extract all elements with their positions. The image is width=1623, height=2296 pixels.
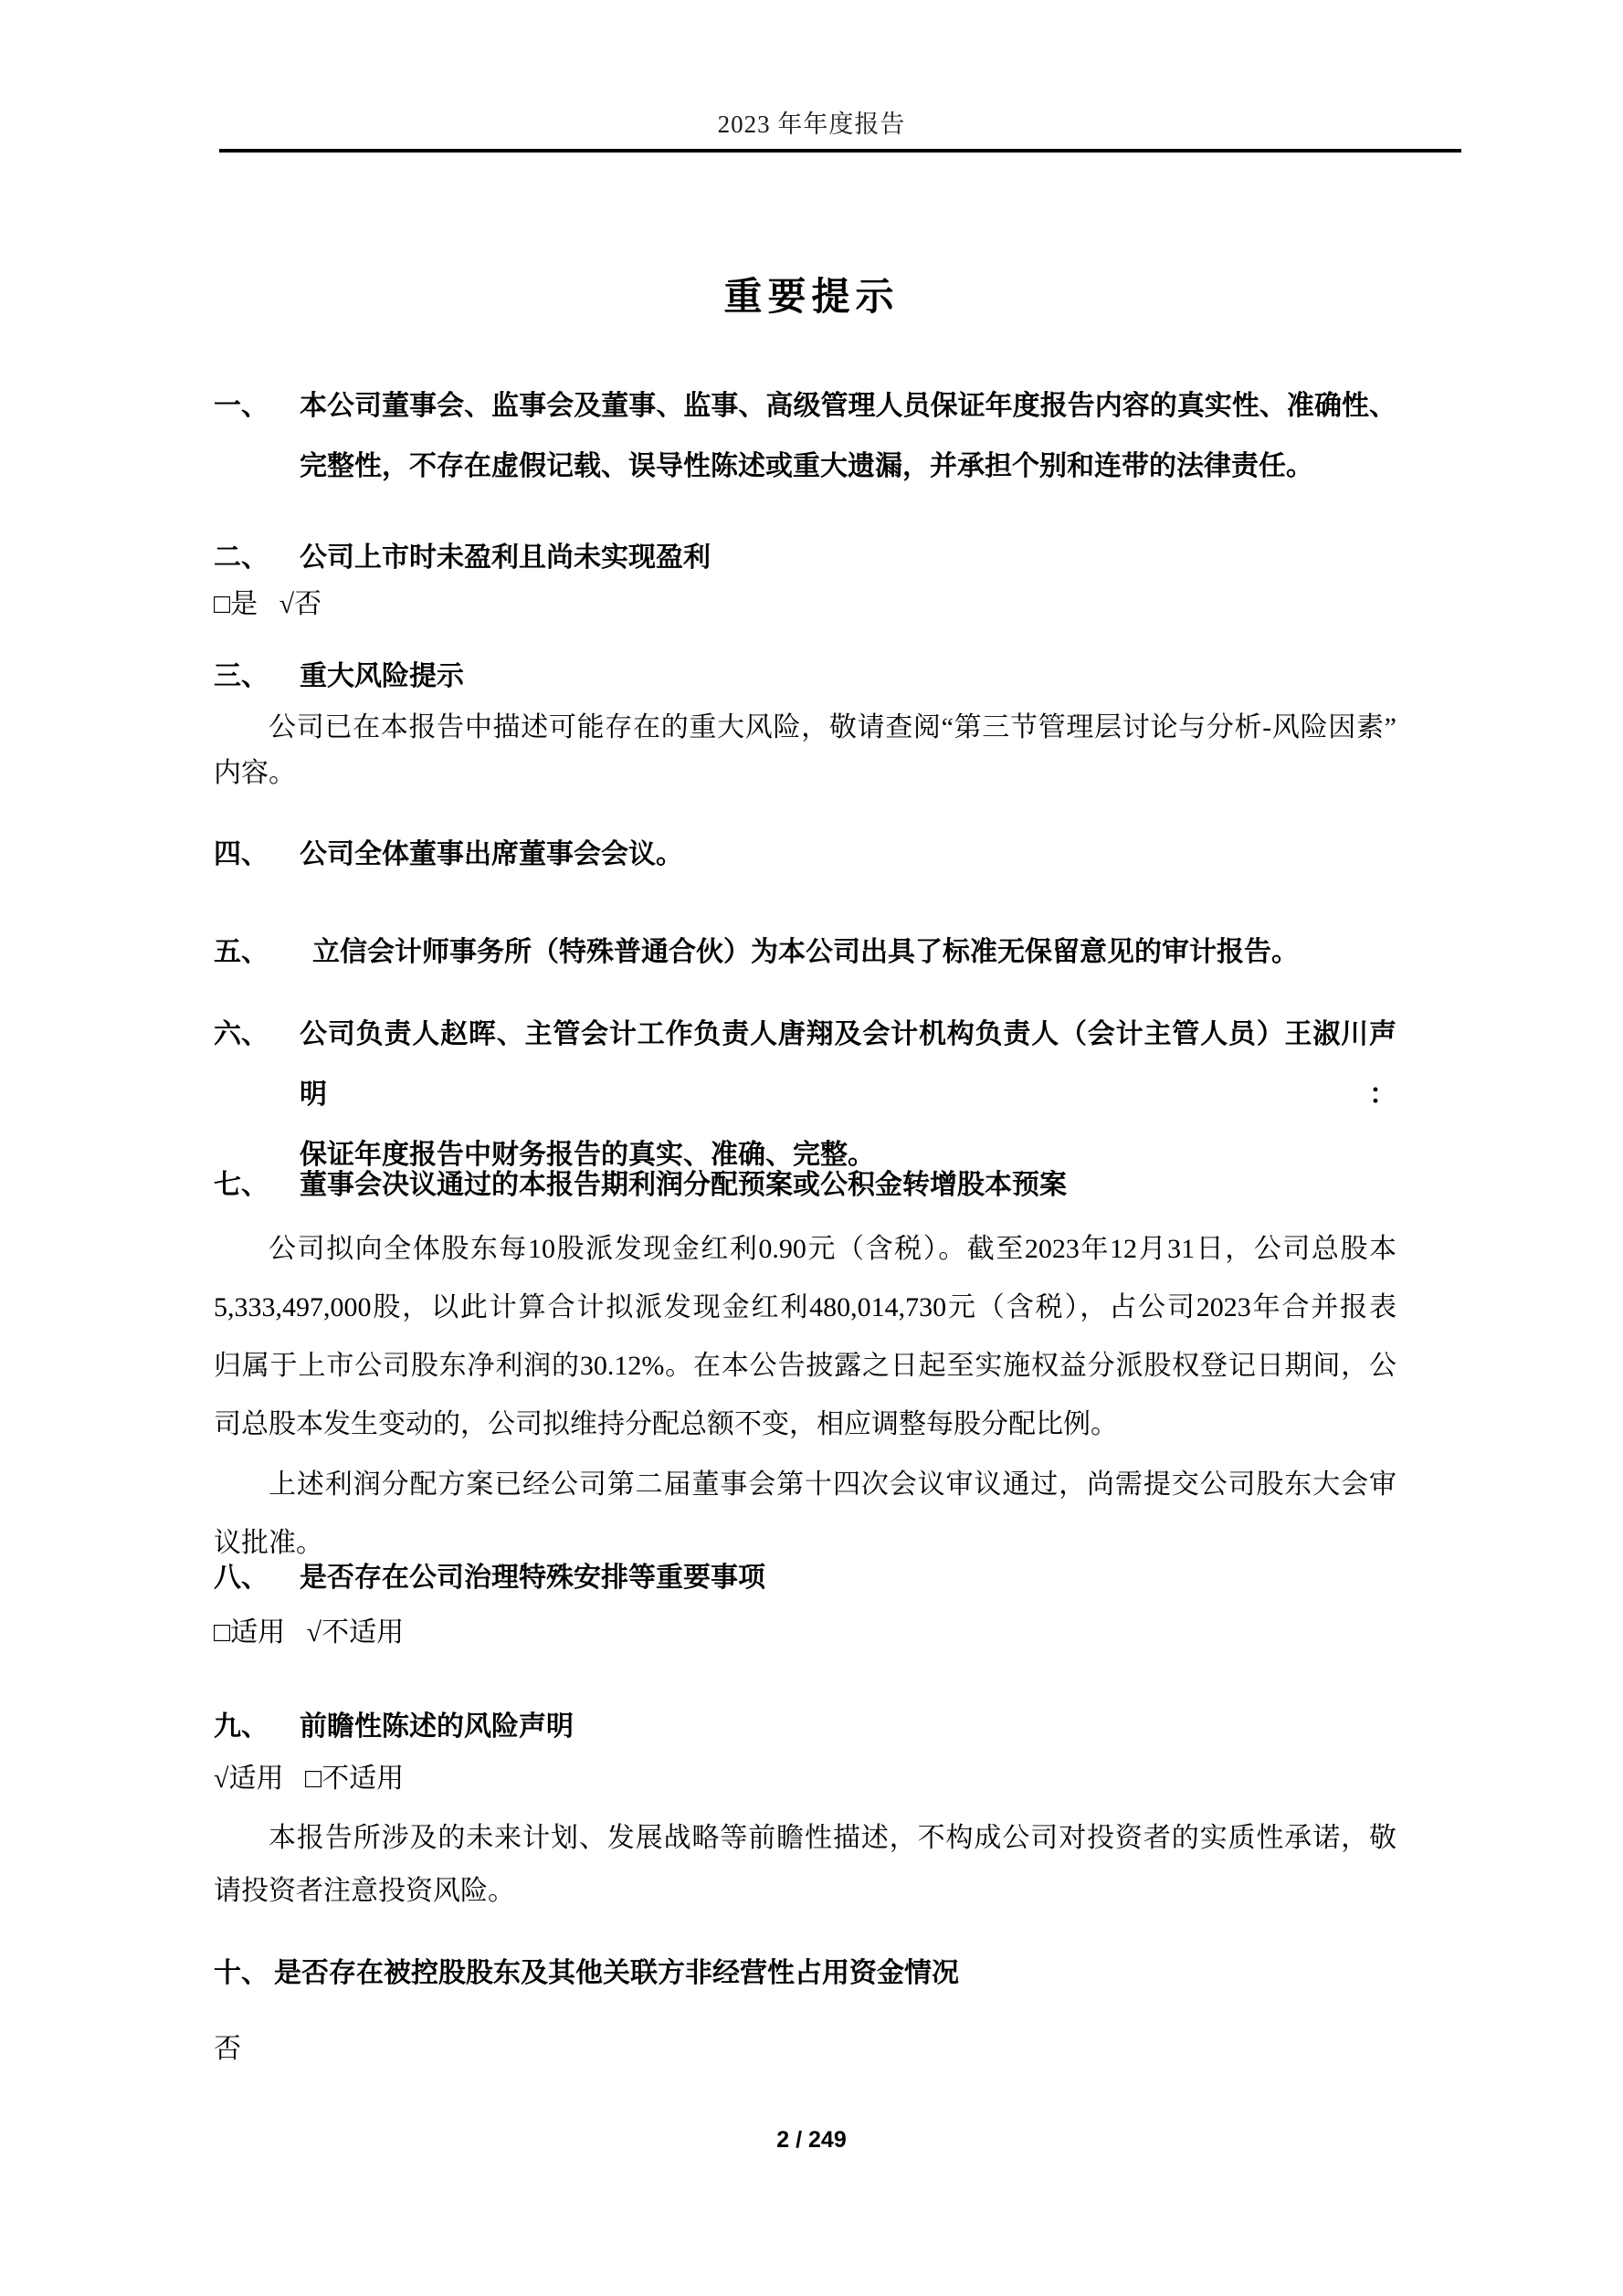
- section-2-heading: 二、 公司上市时未盈利且尚未实现盈利: [214, 528, 1396, 588]
- section-10-number: 十、: [214, 1943, 269, 2004]
- section-3-title: 重大风险提示: [300, 647, 1396, 707]
- page-header: 2023 年年度报告: [0, 108, 1623, 141]
- section-4-number: 四、: [214, 825, 269, 885]
- section-7-heading: 七、 董事会决议通过的本报告期利润分配预案或公积金转增股本预案: [214, 1155, 1396, 1216]
- section-5-title: 立信会计师事务所（特殊普通合伙）为本公司出具了标准无保留意见的审计报告。: [312, 922, 1396, 983]
- section-1-number: 一、: [214, 376, 269, 437]
- section-8-number: 八、: [214, 1548, 269, 1608]
- section-4-title: 公司全体董事出席董事会会议。: [300, 825, 1396, 885]
- section-5-heading: 五、 立信会计师事务所（特殊普通合伙）为本公司出具了标准无保留意见的审计报告。: [214, 922, 1396, 983]
- section-6-number: 六、: [214, 1005, 269, 1065]
- section-10-answer: 否: [214, 2029, 1396, 2070]
- header-title: 2023 年年度报告: [718, 111, 906, 138]
- section-8-heading: 八、 是否存在公司治理特殊安排等重要事项: [214, 1548, 1396, 1608]
- section-1-title: 本公司董事会、监事会及董事、监事、高级管理人员保证年度报告内容的真实性、准确性、…: [300, 376, 1396, 497]
- section-3-paragraph: 公司已在本报告中描述可能存在的重大风险，敬请查阅“第三节管理层讨论与分析-风险因…: [214, 705, 1396, 796]
- section-7-paragraph-1: 公司拟向全体股东每10股派发现金红利0.90元（含税）。截至2023年12月31…: [214, 1220, 1396, 1454]
- document-page: 2023 年年度报告 重要提示 一、 本公司董事会、监事会及董事、监事、高级管理…: [0, 0, 1623, 2296]
- section-8-title: 是否存在公司治理特殊安排等重要事项: [300, 1548, 1396, 1608]
- page-footer: 2 / 249: [0, 2124, 1623, 2155]
- section-9-title: 前瞻性陈述的风险声明: [300, 1697, 1396, 1757]
- section-10-heading: 十、 是否存在被控股股东及其他关联方非经营性占用资金情况: [214, 1943, 1396, 2004]
- section-3-heading: 三、 重大风险提示: [214, 647, 1396, 707]
- section-4-heading: 四、 公司全体董事出席董事会会议。: [214, 825, 1396, 885]
- section-2-number: 二、: [214, 528, 269, 588]
- page-title: 重要提示: [0, 270, 1623, 323]
- section-5-number: 五、: [214, 922, 269, 983]
- header-rule: [219, 149, 1461, 153]
- section-9-paragraph: 本报告所涉及的未来计划、发展战略等前瞻性描述，不构成公司对投资者的实质性承诺，敬…: [214, 1812, 1396, 1918]
- section-9-applicable-options: √适用 □不适用: [214, 1759, 1396, 1799]
- section-3-number: 三、: [214, 647, 269, 707]
- section-2-title: 公司上市时未盈利且尚未实现盈利: [300, 528, 1396, 588]
- section-8-applicable-options: □适用 √不适用: [214, 1613, 1396, 1653]
- section-2-yes-no-options: □是 √否: [214, 585, 1396, 625]
- section-9-heading: 九、 前瞻性陈述的风险声明: [214, 1697, 1396, 1757]
- section-7-title: 董事会决议通过的本报告期利润分配预案或公积金转增股本预案: [300, 1155, 1396, 1216]
- section-10-title: 是否存在被控股股东及其他关联方非经营性占用资金情况: [274, 1943, 1396, 2004]
- page-number: 2 / 249: [776, 2127, 846, 2153]
- section-9-number: 九、: [214, 1697, 269, 1757]
- section-7-number: 七、: [214, 1155, 269, 1216]
- section-1-heading: 一、 本公司董事会、监事会及董事、监事、高级管理人员保证年度报告内容的真实性、准…: [214, 376, 1396, 497]
